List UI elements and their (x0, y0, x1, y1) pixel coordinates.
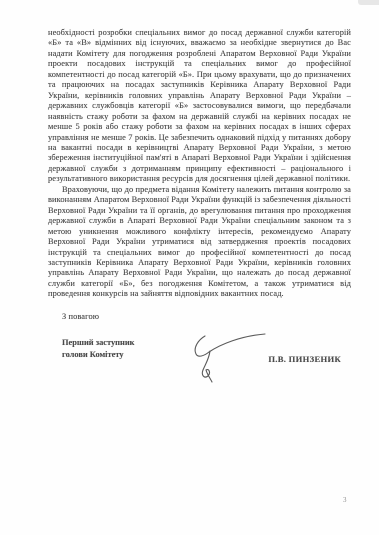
signature-block: Перший заступник голови Комітету П.В. ПИ… (48, 335, 351, 395)
handwritten-signature-icon (181, 327, 269, 383)
page-number: 3 (343, 496, 347, 504)
document-page: необхідності розробки спеціальних вимог … (0, 0, 379, 535)
paragraph-recommendation: Враховуючи, що до предмета відання Коміт… (48, 185, 351, 300)
signer-title: Перший заступник голови Комітету (62, 337, 134, 360)
signer-name: П.В. ПИНЗЕНИК (268, 354, 341, 364)
signer-title-line2: голови Комітету (62, 349, 134, 361)
signer-title-line1: Перший заступник (62, 337, 134, 349)
paragraph-continuation: необхідності розробки спеціальних вимог … (48, 28, 351, 185)
closing-salutation: З повагою (62, 312, 351, 322)
scan-edge-artifact (358, 0, 379, 5)
letter-body: необхідності розробки спеціальних вимог … (48, 28, 351, 322)
